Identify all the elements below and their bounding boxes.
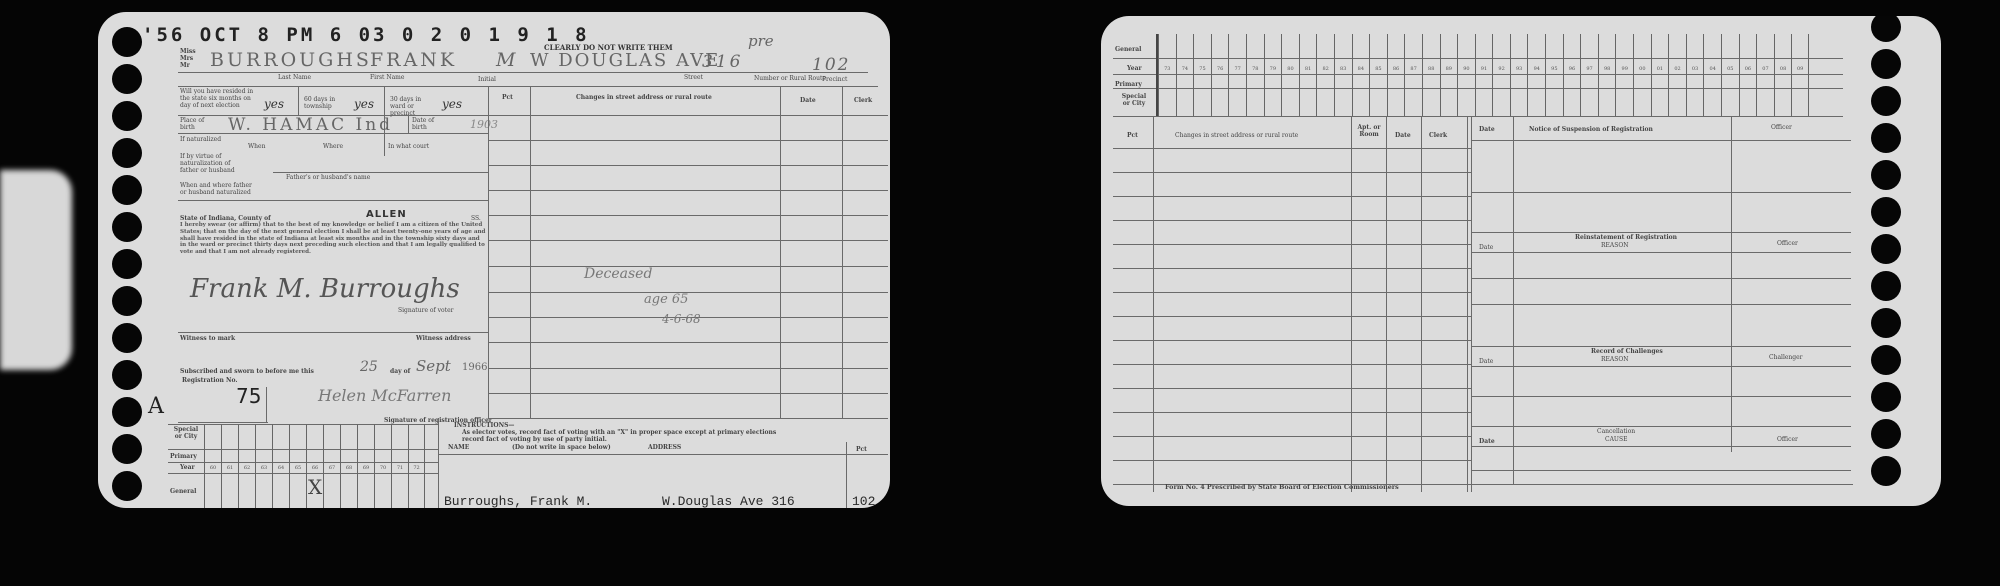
suspension-title: Notice of Suspension of Registration xyxy=(1529,126,1653,133)
side-letter: A xyxy=(148,394,164,419)
first-name-value: FRANK xyxy=(370,49,457,71)
instructions-pct-label: Pct xyxy=(856,446,867,453)
back-grid-row-special: Special or City xyxy=(1119,93,1149,107)
instructions-text-2: record fact of voting by use of party in… xyxy=(462,436,607,443)
challenges-challenger-label: Challenger xyxy=(1769,354,1803,361)
salutation-miss: Miss xyxy=(180,48,196,55)
deceased-note: Deceased xyxy=(584,266,652,282)
last-name-value: BURROUGHS xyxy=(210,49,372,71)
front-changes-header-pct: Pct xyxy=(502,94,513,101)
back-grid-row-primary: Primary xyxy=(1115,81,1142,88)
subscribed-day-label: day of xyxy=(390,368,410,375)
back-changes-header-pct: Pct xyxy=(1127,132,1138,139)
birth-place-value: W. HAMAC Ind xyxy=(228,115,393,135)
residency-ward-answer: yes xyxy=(442,97,462,111)
instructions-title: INSTRUCTIONS— xyxy=(454,422,514,429)
challenges-reason-label: REASON xyxy=(1601,356,1629,363)
front-grid-row-primary: Primary xyxy=(170,453,197,460)
subscribed-year: 1966 xyxy=(462,362,487,373)
form-footer: Form No. 4 Prescribed by State Board of … xyxy=(1165,484,1399,491)
initial-value: M xyxy=(496,49,515,71)
cancellation-officer-label: Officer xyxy=(1777,436,1798,443)
oath-state-line: State of Indiana, County of xyxy=(180,215,271,222)
house-number-value: 316 xyxy=(702,52,743,72)
naturalized-court: In what court xyxy=(388,143,429,150)
reinstatement-officer-label: Officer xyxy=(1777,240,1798,247)
birth-place-label: Place of birth xyxy=(180,117,214,131)
front-changes-header-clerk: Clerk xyxy=(854,97,872,104)
last-name-label: Last Name xyxy=(278,74,311,81)
back-changes-header-apt: Apt. or Room xyxy=(1355,124,1383,138)
back-grid-row-year: Year xyxy=(1127,65,1142,72)
suspension-date-label: Date xyxy=(1479,126,1495,133)
residency-state-question: Will you have resided in the state six m… xyxy=(180,88,258,109)
reinstatement-date-label: Date xyxy=(1479,244,1493,251)
instructions-name-label: NAME xyxy=(448,444,469,451)
residency-state-answer: yes xyxy=(264,97,284,111)
witness-address-label: Witness address xyxy=(416,335,471,342)
instructions-no-write: (Do not write in space below) xyxy=(512,444,611,451)
back-grid-row-general: General xyxy=(1115,46,1141,53)
back-card: General Year Primary Special or City 73 … xyxy=(1101,16,1941,506)
oath-ss: SS. xyxy=(471,215,481,222)
cancellation-title: Cancellation xyxy=(1597,428,1635,435)
residency-ward-question: 30 days in ward or precinct xyxy=(390,96,438,117)
salutation-mr: Mr xyxy=(180,62,190,69)
general-vote-mark: X xyxy=(308,475,322,499)
challenges-date-label: Date xyxy=(1479,358,1493,365)
number-label: Number or Rural Route xyxy=(754,75,826,82)
naturalized-when: When xyxy=(248,143,265,150)
birth-date-label: Date of birth xyxy=(412,117,442,131)
age-note: age 65 xyxy=(644,292,688,307)
street-label: Street xyxy=(684,74,703,81)
registrar-signature: Helen McFarren xyxy=(318,386,451,405)
precinct-label: Precinct xyxy=(822,76,847,83)
instructions-address-label: ADDRESS xyxy=(648,444,681,451)
birth-date-value: 1903 xyxy=(470,118,498,131)
reinstatement-title: Reinstatement of Registration xyxy=(1575,234,1677,241)
father-when-where-label: When and where father or husband natural… xyxy=(180,182,260,196)
father-naturalization-label: If by virtue of naturalization of father… xyxy=(180,153,240,174)
typed-address: W.Douglas Ave 316 xyxy=(662,494,795,508)
voter-signature-label: Signature of voter xyxy=(398,307,454,314)
subscribed-day: 25 xyxy=(360,359,378,375)
salutation-mrs: Mrs xyxy=(180,55,193,62)
registration-no-label: Registration No. xyxy=(182,377,237,384)
front-vote-grid: 60 61 62 63 64 65 66 X 67 68 69 70 71 72 xyxy=(204,424,425,508)
scan-light-artifact xyxy=(0,170,72,370)
instructions-text-1: As elector votes, record fact of voting … xyxy=(462,429,776,436)
front-changes-header-address: Changes in street address or rural route xyxy=(576,94,712,101)
naturalized-where: Where xyxy=(323,143,343,150)
subscribed-label: Subscribed and sworn to before me this xyxy=(180,368,314,375)
front-card: '56 OCT 8 PM 6 03 0 2 0 1 9 1 8 CLEARLY … xyxy=(98,12,890,508)
subscribed-month: Sept xyxy=(416,357,451,375)
residency-township-question: 60 days in township xyxy=(304,96,352,110)
suspension-officer-label: Officer xyxy=(1771,124,1792,131)
back-vote-grid: 73 74 75 76 77 78 79 80 81 82 83 84 85 8… xyxy=(1158,34,1809,116)
residency-township-answer: yes xyxy=(354,97,374,111)
typed-precinct: 102 xyxy=(852,494,875,508)
witness-label: Witness to mark xyxy=(180,335,235,342)
front-grid-row-special: Special or City xyxy=(170,426,202,440)
father-name-label: Father's or husband's name xyxy=(286,174,370,181)
challenges-title: Record of Challenges xyxy=(1591,348,1663,355)
front-changes-header-date: Date xyxy=(800,97,816,104)
naturalized-label: If naturalized xyxy=(180,136,230,143)
oath-text: I hereby swear (or affirm) that to the b… xyxy=(180,222,486,256)
first-name-label: First Name xyxy=(370,74,404,81)
initial-label: Initial xyxy=(478,76,496,83)
registration-no-value: 75 xyxy=(236,384,261,408)
front-grid-row-general: General xyxy=(170,488,196,495)
back-changes-header-address: Changes in street address or rural route xyxy=(1175,132,1298,139)
back-changes-header-date: Date xyxy=(1395,132,1411,139)
reinstatement-reason-label: REASON xyxy=(1601,242,1629,249)
date-stamp: '56 OCT 8 PM 6 03 0 2 0 1 9 1 8 xyxy=(142,24,590,46)
voter-signature: Frank M. Burroughs xyxy=(190,274,460,304)
top-scribble: pre xyxy=(748,32,774,50)
county-value: ALLEN xyxy=(366,209,407,220)
front-grid-row-year: Year xyxy=(180,464,195,471)
date-note: 4-6-68 xyxy=(662,312,701,326)
street-value: W DOUGLAS AVE xyxy=(530,50,720,71)
back-changes-header-clerk: Clerk xyxy=(1429,132,1447,139)
cancellation-date-label: Date xyxy=(1479,438,1495,445)
cancellation-cause-label: CAUSE xyxy=(1605,436,1627,443)
typed-name: Burroughs, Frank M. xyxy=(444,494,592,508)
